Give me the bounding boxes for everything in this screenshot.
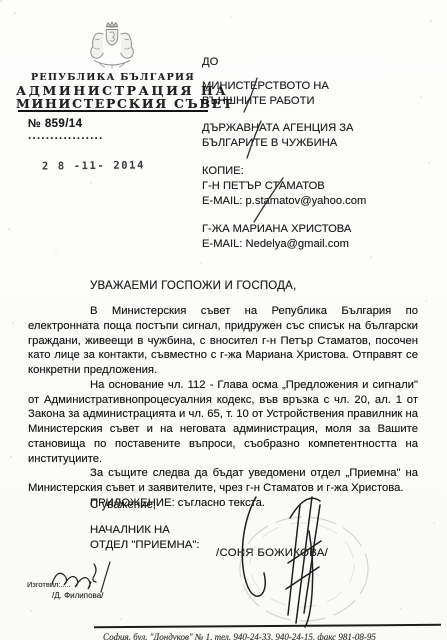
letterhead-country: РЕПУБЛИКА БЪЛГАРИЯ	[16, 72, 210, 83]
to-label: ДО	[202, 55, 422, 70]
signature-scribble	[228, 473, 378, 635]
signer-title-line1: НАЧАЛНИК НА	[90, 523, 200, 538]
signer-title-line2: ОТДЕЛ "ПРИЕМНА":	[90, 538, 200, 553]
bulgarian-coat-of-arms-icon	[80, 20, 144, 72]
recipient-line: БЪЛГАРИТЕ В ЧУЖБИНА	[202, 136, 422, 151]
recipient-ministry-foreign-affairs: МИНИСТЕРСТВОТО НА ВЪНШНИТЕ РАБОТИ	[202, 79, 422, 108]
prepared-by-signature-scribble	[48, 558, 128, 598]
footer-address: София, бул. "Дондуков" № 1, тел. 940-24-…	[103, 632, 376, 640]
scanned-letter-page: РЕПУБЛИКА БЪЛГАРИЯ АДМИНИСТРАЦИЯ НА МИНИ…	[0, 0, 447, 640]
copy-recipient-stamatov: Г-Н ПЕТЪР СТАМАТОВ E-MAIL: p.stamatov@ya…	[202, 179, 422, 208]
closing-salutation: С уважение,	[90, 499, 156, 511]
recipient-line: ДЪРЖАВНАТА АГЕНЦИЯ ЗА	[202, 121, 422, 136]
reference-dotted-line: .................	[28, 128, 103, 142]
recipient-state-agency: ДЪРЖАВНАТА АГЕНЦИЯ ЗА БЪЛГАРИТЕ В ЧУЖБИН…	[202, 121, 422, 150]
copy-label: КОПИЕ:	[202, 164, 422, 179]
letterhead-org-line2: МИНИСТЕРСКИЯ СЪВЕТ	[16, 96, 210, 111]
recipient-line: ВЪНШНИТЕ РАБОТИ	[202, 94, 422, 109]
copy-recipient-hristova: Г-ЖА МАРИАНА ХРИСТОВА E-MAIL: Nedelya@gm…	[202, 222, 422, 251]
pen-tick-marks	[238, 60, 308, 230]
copy-recipient-email: E-MAIL: Nedelya@gmail.com	[202, 237, 422, 252]
letterhead-rule	[18, 110, 208, 112]
copy-recipient-email: E-MAIL: p.stamatov@yahoo.com	[202, 194, 422, 209]
recipient-line: МИНИСТЕРСТВОТО НА	[202, 79, 422, 94]
date-stamp: 2 8 -11- 2014	[42, 159, 145, 172]
copy-recipient-name: Г-ЖА МАРИАНА ХРИСТОВА	[202, 222, 422, 237]
body-paragraph-1: В Министерския съвет на Република Българ…	[28, 304, 418, 378]
signer-title: НАЧАЛНИК НА ОТДЕЛ "ПРИЕМНА":	[90, 523, 200, 553]
copy-recipient-name: Г-Н ПЕТЪР СТАМАТОВ	[202, 179, 422, 194]
salutation: УВАЖАЕМИ ГОСПОЖИ И ГОСПОДА,	[90, 280, 296, 292]
body-paragraph-2: На основание чл. 112 - Глава осма „Предл…	[28, 378, 418, 467]
